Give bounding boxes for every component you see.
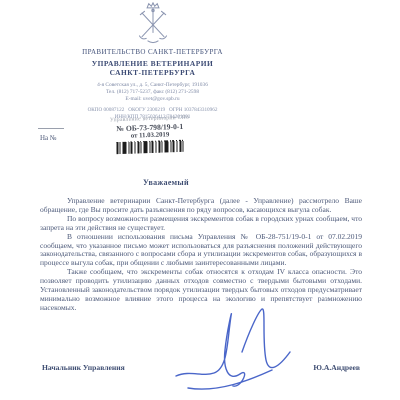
signer-name: Ю.А.Андреев [313,363,360,372]
na-no-label: На № [40,134,57,142]
signer-position: Начальник Управления [42,363,125,372]
reference-blank-line [38,128,64,129]
email-line: E-mail: uvet@gov.spb.ru [30,96,275,103]
org-title-line2: САНКТ-ПЕТЕРБУРГА [30,69,275,78]
codes-line-okpo: ОКПО 00087122 ОКОГУ 2300219 ОГРН 1037843… [30,107,275,114]
paragraph-1: Управление ветеринарии Санкт-Петербурга … [40,197,362,215]
letter-body: Управление ветеринарии Санкт-Петербурга … [40,197,362,313]
phone-line: Тел. (812) 717-5237, факс (812) 271-2598 [30,89,275,96]
government-title: ПРАВИТЕЛЬСТВО САНКТ-ПЕТЕРБУРГА [30,48,275,56]
paragraph-3: В отношении использования письма Управле… [40,233,362,269]
barcode-icon [116,140,184,154]
scanned-letter-page: ПРАВИТЕЛЬСТВО САНКТ-ПЕТЕРБУРГА УПРАВЛЕНИ… [0,0,400,400]
handwritten-signature-icon [170,300,305,395]
registration-stamp: Управление ветеринарии СПб № ОБ-73-798/1… [94,114,205,155]
spb-coat-of-arms-icon [131,2,175,46]
letterhead: ПРАВИТЕЛЬСТВО САНКТ-ПЕТЕРБУРГА УПРАВЛЕНИ… [30,2,275,121]
org-title: УПРАВЛЕНИЕ ВЕТЕРИНАРИИ САНКТ-ПЕТЕРБУРГА [30,60,275,77]
contact-block: 4-я Советская ул., д. 5, Санкт-Петербург… [30,82,275,103]
salutation: Уважаемый [143,178,189,187]
paragraph-2: По вопросу возможности размещения экскре… [40,215,362,233]
